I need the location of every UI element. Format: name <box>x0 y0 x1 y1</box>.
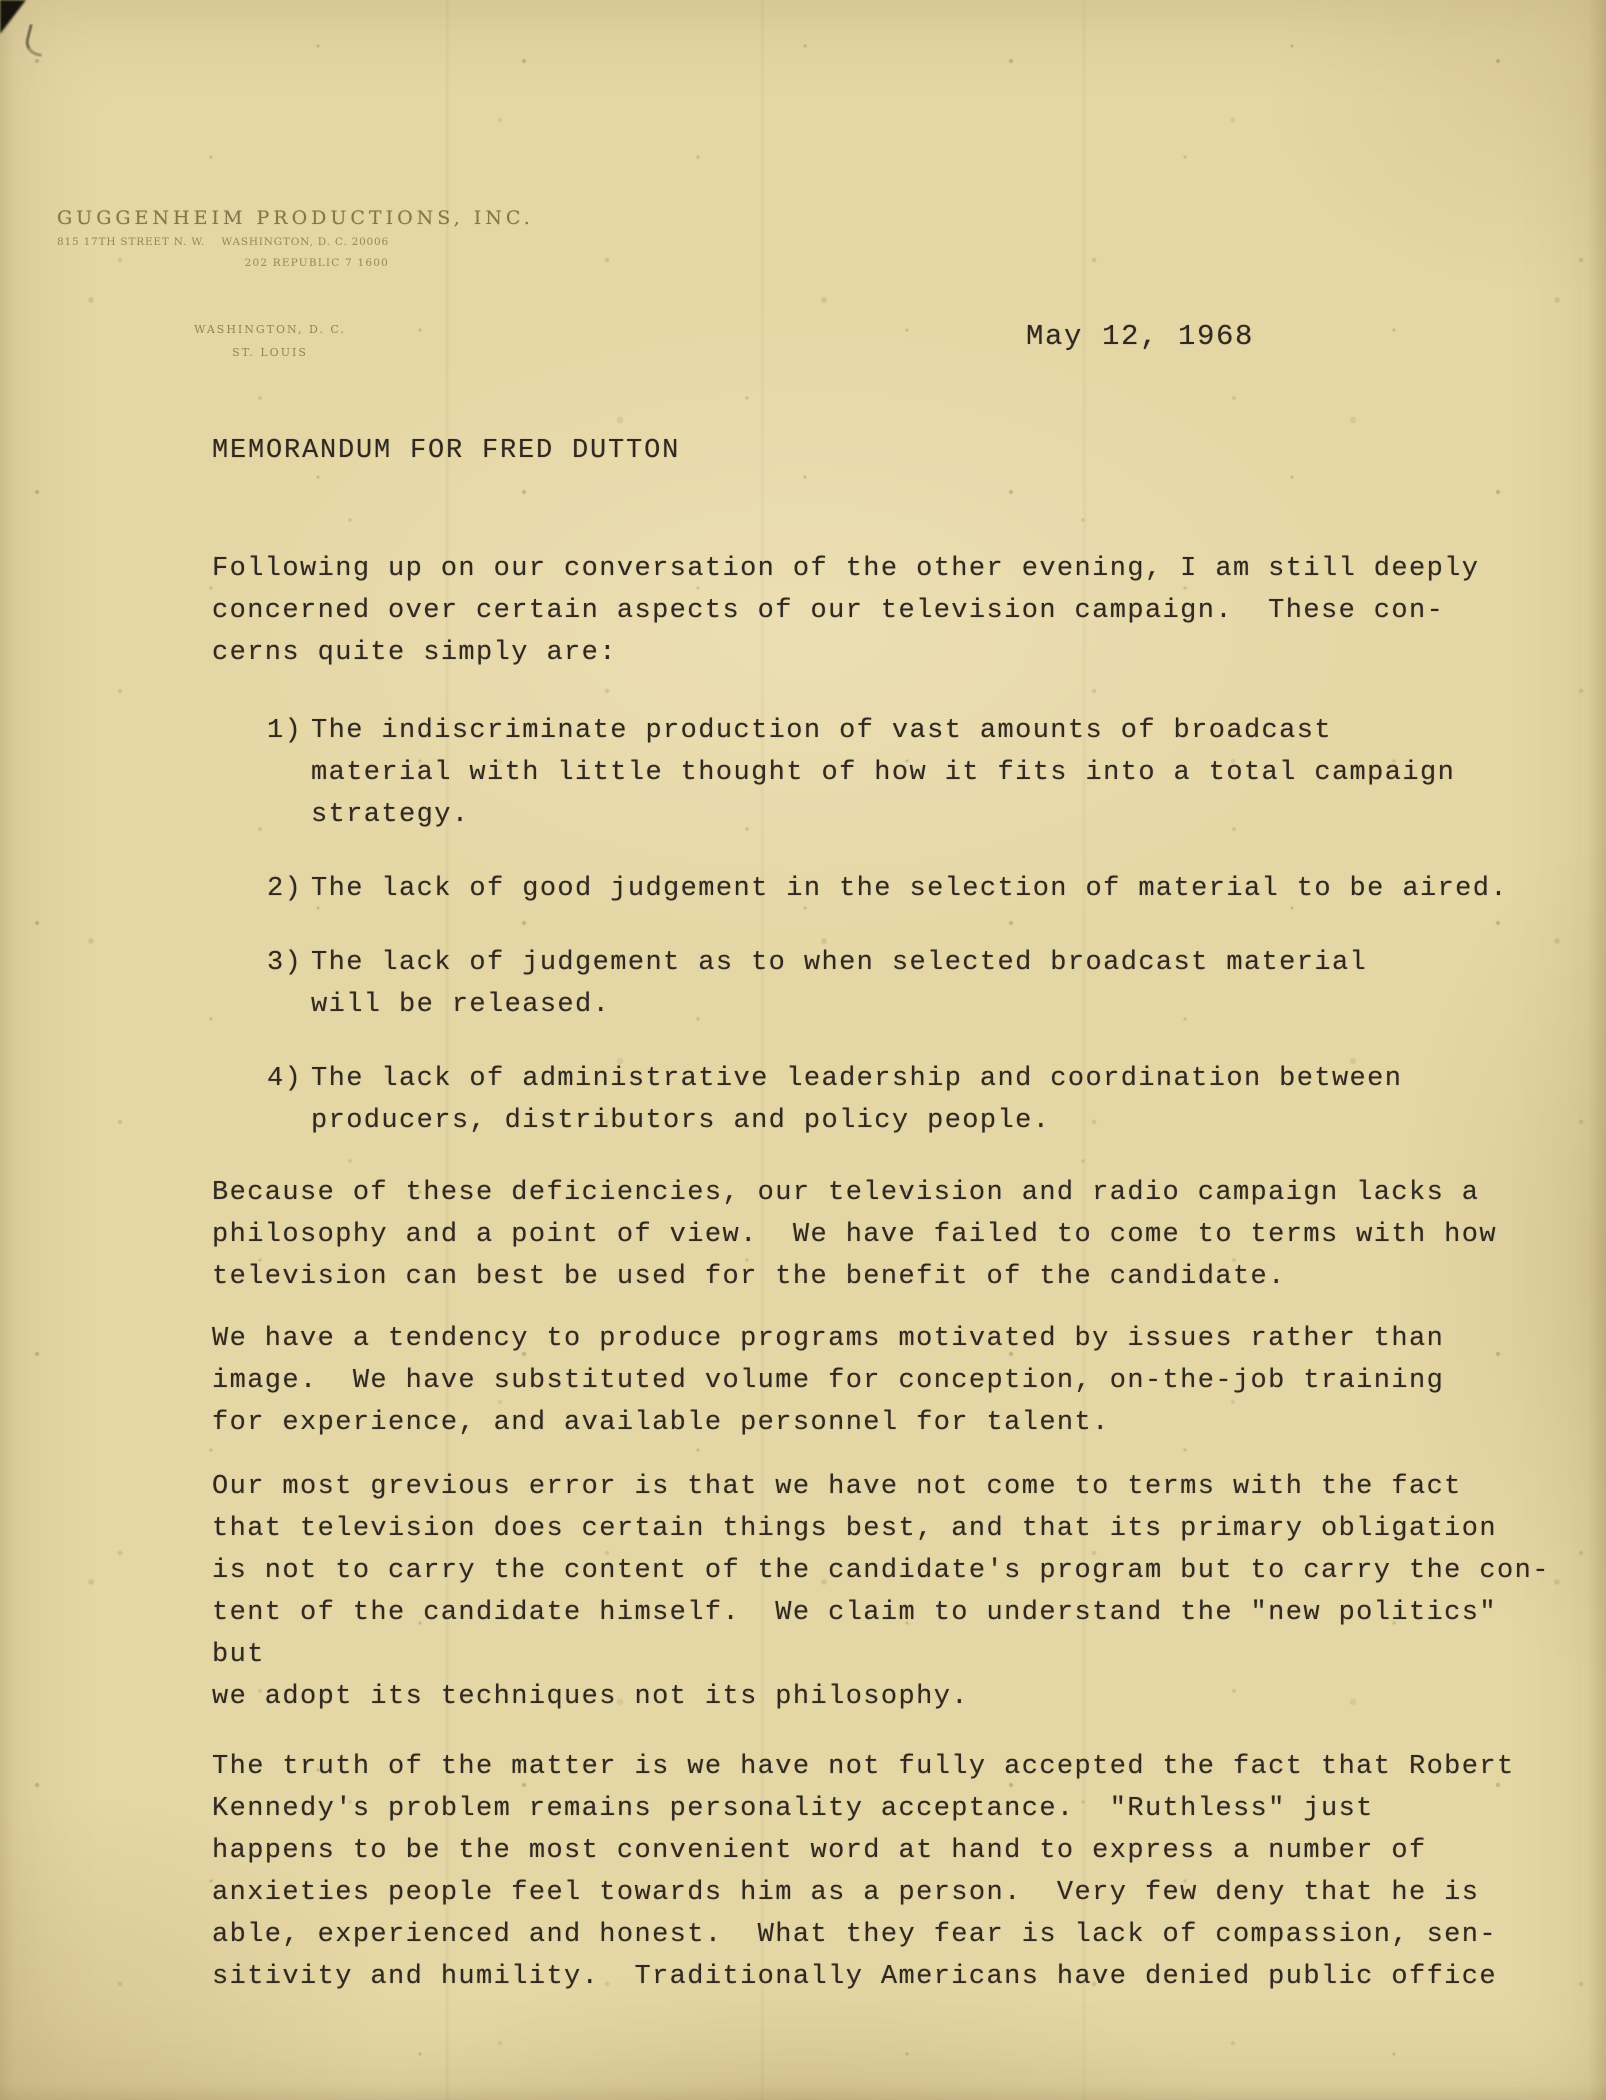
item-number: 4) <box>267 1058 311 1142</box>
paragraph-tendency: We have a tendency to produce programs m… <box>212 1318 1552 1444</box>
list-item-4: 4) The lack of administrative leadership… <box>267 1058 1552 1142</box>
memo-heading: MEMORANDUM FOR FRED DUTTON <box>212 436 680 466</box>
item-text: The lack of judgement as to when selecte… <box>311 942 1367 1026</box>
paragraph-truth-of-matter: The truth of the matter is we have not f… <box>212 1746 1552 1998</box>
letterhead: GUGGENHEIM PRODUCTIONS, INC. 815 17TH ST… <box>57 205 487 273</box>
scan-corner-artifact <box>0 0 26 34</box>
letterhead-offices: WASHINGTON, D. C. ST. LOUIS <box>150 318 390 364</box>
memo-body: Following up on our conversation of the … <box>212 548 1552 1998</box>
letterhead-address: 815 17TH STREET N. W. WASHINGTON, D. C. … <box>57 232 389 253</box>
letterhead-city-zip: WASHINGTON, D. C. 20006 <box>221 232 389 253</box>
date: May 12, 1968 <box>1026 320 1254 353</box>
list-item-2: 2) The lack of good judgement in the sel… <box>267 868 1552 910</box>
memo-page: GUGGENHEIM PRODUCTIONS, INC. 815 17TH ST… <box>0 0 1606 2100</box>
scan-corner-curl-mark <box>23 24 48 57</box>
paragraph-grevious-error: Our most grevious error is that we have … <box>212 1466 1552 1718</box>
office-washington: WASHINGTON, D. C. <box>150 318 390 341</box>
list-item-1: 1) The indiscriminate production of vast… <box>267 710 1552 836</box>
letterhead-street: 815 17TH STREET N. W. <box>57 232 205 253</box>
item-text: The lack of good judgement in the select… <box>311 868 1508 910</box>
letterhead-phone: 202 REPUBLIC 7 1600 <box>57 253 389 273</box>
item-number: 1) <box>267 710 311 836</box>
paragraph-deficiencies: Because of these deficiencies, our telev… <box>212 1172 1552 1298</box>
company-name: GUGGENHEIM PRODUCTIONS, INC. <box>57 205 487 232</box>
intro-paragraph: Following up on our conversation of the … <box>212 548 1552 674</box>
item-text: The lack of administrative leadership an… <box>311 1058 1402 1142</box>
office-st-louis: ST. LOUIS <box>150 341 390 364</box>
item-text: The indiscriminate production of vast am… <box>311 710 1455 836</box>
list-item-3: 3) The lack of judgement as to when sele… <box>267 942 1552 1026</box>
item-number: 2) <box>267 868 311 910</box>
item-number: 3) <box>267 942 311 1026</box>
